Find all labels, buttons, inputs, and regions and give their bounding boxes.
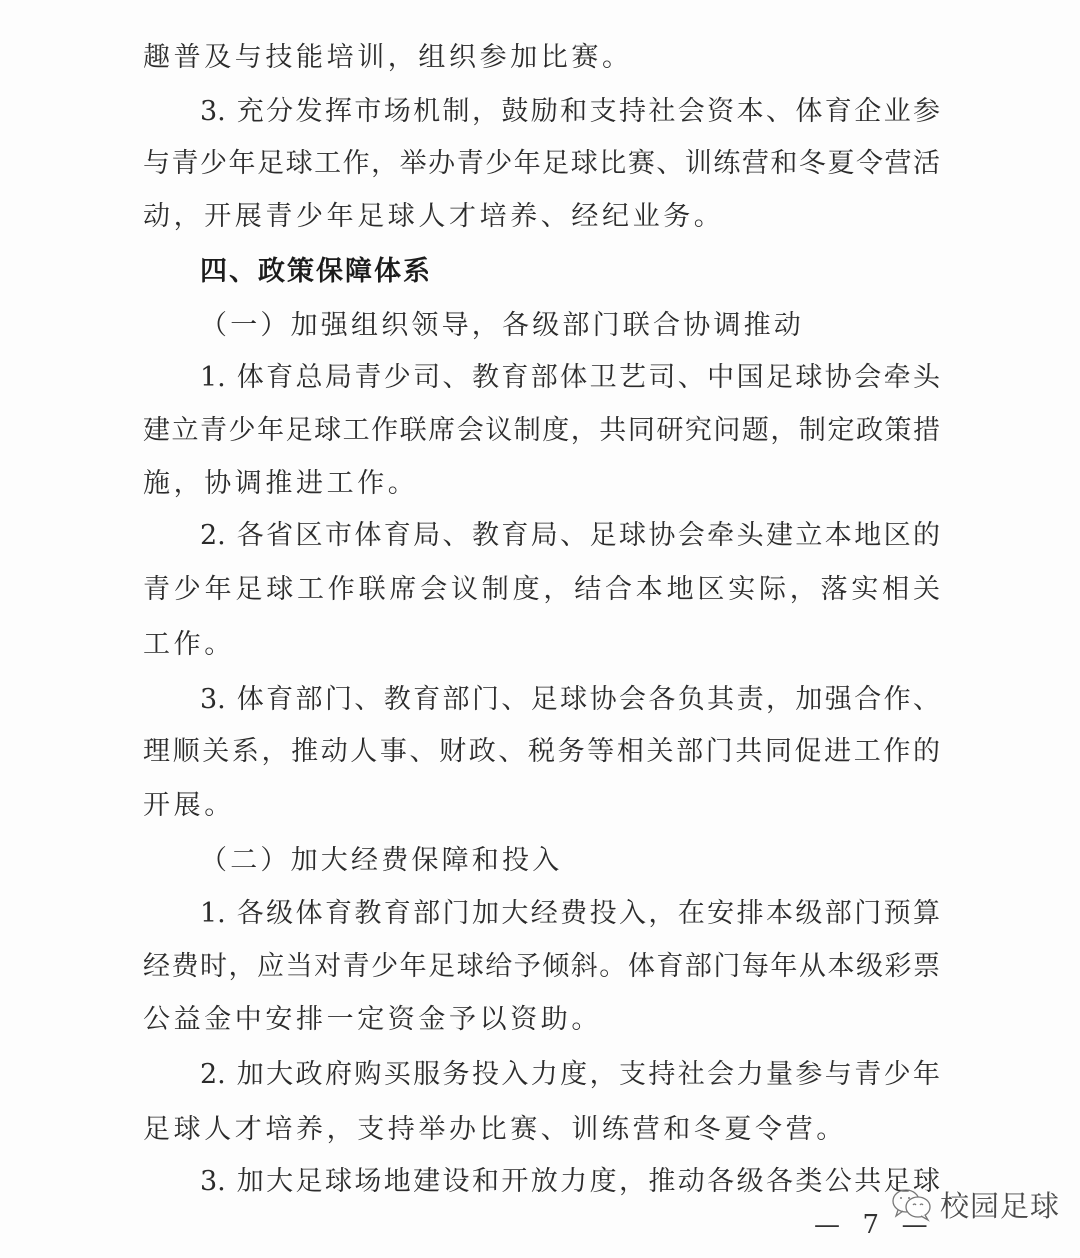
text-line: 经费时，应当对青少年足球给予倾斜。体育部门每年从本级彩票 — [143, 947, 940, 987]
text-line: 工作。 — [143, 625, 940, 665]
document-page: 趣普及与技能培训，组织参加比赛。3. 充分发挥市场机制，鼓励和支持社会资本、体育… — [0, 0, 1080, 1258]
text-line: 3. 体育部门、教育部门、足球协会各负其责，加强合作、 — [200, 680, 940, 720]
text-line: 1. 各级体育教育部门加大经费投入，在安排本级部门预算 — [200, 894, 940, 934]
text-line: 青少年足球工作联席会议制度，结合本地区实际，落实相关 — [143, 570, 940, 610]
subsection-heading: （二）加大经费保障和投入 — [200, 841, 940, 881]
watermark: 校园足球 — [890, 1184, 1060, 1225]
text-line: 开展。 — [143, 786, 940, 826]
subsection-heading: （一）加强组织领导，各级部门联合协调推动 — [200, 306, 940, 346]
text-line: 与青少年足球工作，举办青少年足球比赛、训练营和冬夏令营活 — [143, 144, 940, 184]
text-line: 动，开展青少年足球人才培养、经纪业务。 — [143, 197, 940, 237]
text-line: 1. 体育总局青少司、教育部体卫艺司、中国足球协会牵头 — [200, 358, 940, 398]
text-line: 理顺关系，推动人事、财政、税务等相关部门共同促进工作的 — [143, 732, 940, 772]
text-line: 3. 加大足球场地建设和开放力度，推动各级各类公共足球 — [200, 1162, 940, 1202]
text-line: 3. 充分发挥市场机制，鼓励和支持社会资本、体育企业参 — [200, 92, 940, 132]
text-line: 趣普及与技能培训，组织参加比赛。 — [143, 38, 940, 78]
text-line: 公益金中安排一定资金予以资助。 — [143, 1000, 940, 1040]
section-heading: 四、政策保障体系 — [200, 252, 940, 292]
text-line: 施，协调推进工作。 — [143, 464, 940, 504]
watermark-text: 校园足球 — [940, 1184, 1060, 1225]
text-line: 2. 加大政府购买服务投入力度，支持社会力量参与青少年 — [200, 1055, 940, 1095]
text-line: 2. 各省区市体育局、教育局、足球协会牵头建立本地区的 — [200, 516, 940, 556]
wechat-icon — [890, 1187, 934, 1223]
text-line: 建立青少年足球工作联席会议制度，共同研究问题，制定政策措 — [143, 411, 940, 451]
text-line: 足球人才培养，支持举办比赛、训练营和冬夏令营。 — [143, 1110, 940, 1150]
